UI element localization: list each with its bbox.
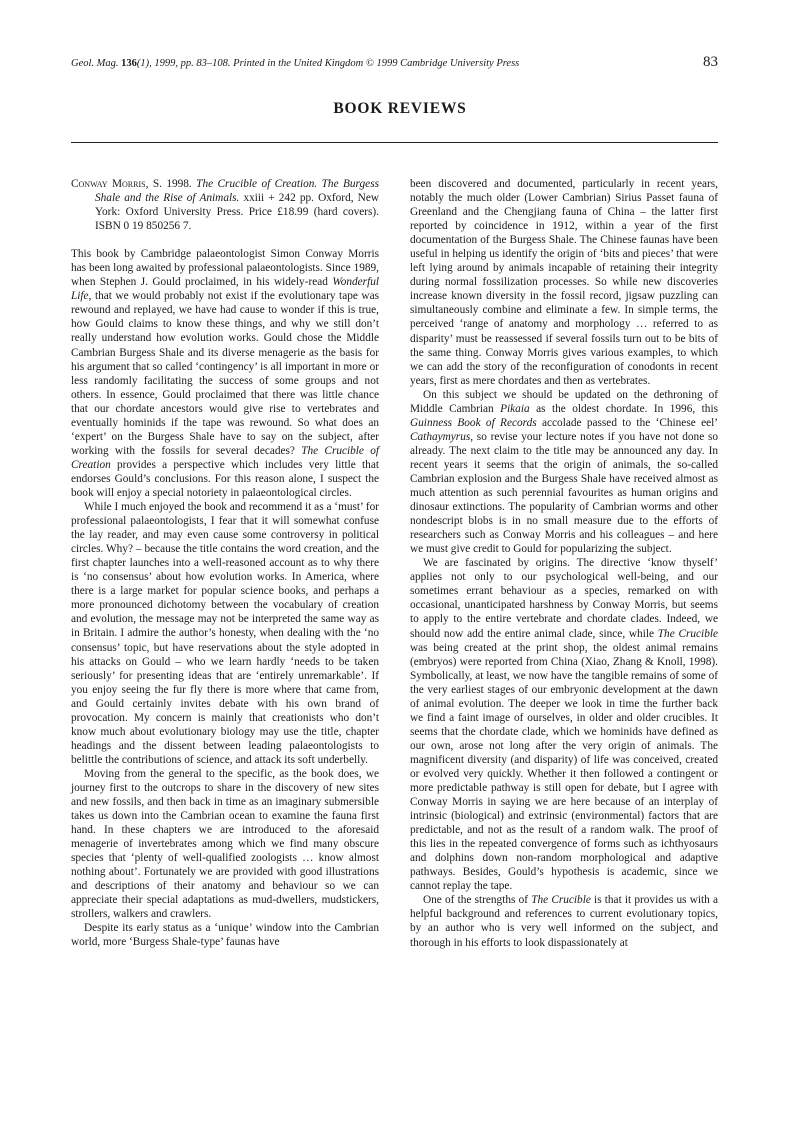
paragraph: Moving from the general to the specific,…	[71, 767, 379, 922]
paragraph-intro: This book by Cambridge palaeontologist S…	[71, 247, 379, 500]
text: , that we would probably not exist if th…	[71, 290, 379, 457]
citation-author: Conway Morris	[71, 178, 146, 190]
paragraph: Despite its early status as a ‘unique’ w…	[71, 921, 379, 949]
left-column: Conway Morris, S. 1998. The Crucible of …	[71, 177, 379, 950]
paragraph: While I much enjoyed the book and recomm…	[71, 500, 379, 767]
paragraph-continued: been discovered and documented, particul…	[410, 177, 718, 388]
text: as the oldest chordate. In 1996, this	[530, 403, 718, 415]
taxon-italic: Cathaymyrus	[410, 431, 470, 443]
text: One of the strengths of	[423, 894, 531, 906]
book-title-italic: The Crucible	[658, 628, 718, 640]
paragraph: We are fascinated by origins. The direct…	[410, 556, 718, 893]
header-rule	[71, 142, 718, 143]
page-number: 83	[703, 54, 718, 71]
text: was being created at the print shop, the…	[410, 642, 718, 893]
book-title-italic: The Crucible	[531, 894, 591, 906]
text: provides a perspective which includes ve…	[71, 459, 379, 499]
paragraph: On this subject we should be updated on …	[410, 388, 718, 557]
running-head: Geol. Mag. 136(1), 1999, pp. 83–108. Pri…	[71, 58, 718, 76]
right-column: been discovered and documented, particul…	[410, 177, 718, 950]
journal-name: Geol. Mag.	[71, 58, 119, 69]
journal-issue-info: (1), 1999, pp. 83–108. Printed in the Un…	[137, 58, 519, 69]
text: , so revise your lecture notes if you ha…	[410, 431, 718, 555]
taxon-italic: Pikaia	[500, 403, 530, 415]
book-title-italic: Guinness Book of Records	[410, 417, 537, 429]
text: accolade passed to the ‘Chinese eel’	[537, 417, 718, 429]
section-title: BOOK REVIEWS	[0, 100, 800, 118]
book-citation: Conway Morris, S. 1998. The Crucible of …	[71, 177, 379, 233]
citation-year: , S. 1998.	[146, 178, 197, 190]
paragraph: One of the strengths of The Crucible is …	[410, 893, 718, 949]
journal-volume: 136	[121, 58, 137, 69]
